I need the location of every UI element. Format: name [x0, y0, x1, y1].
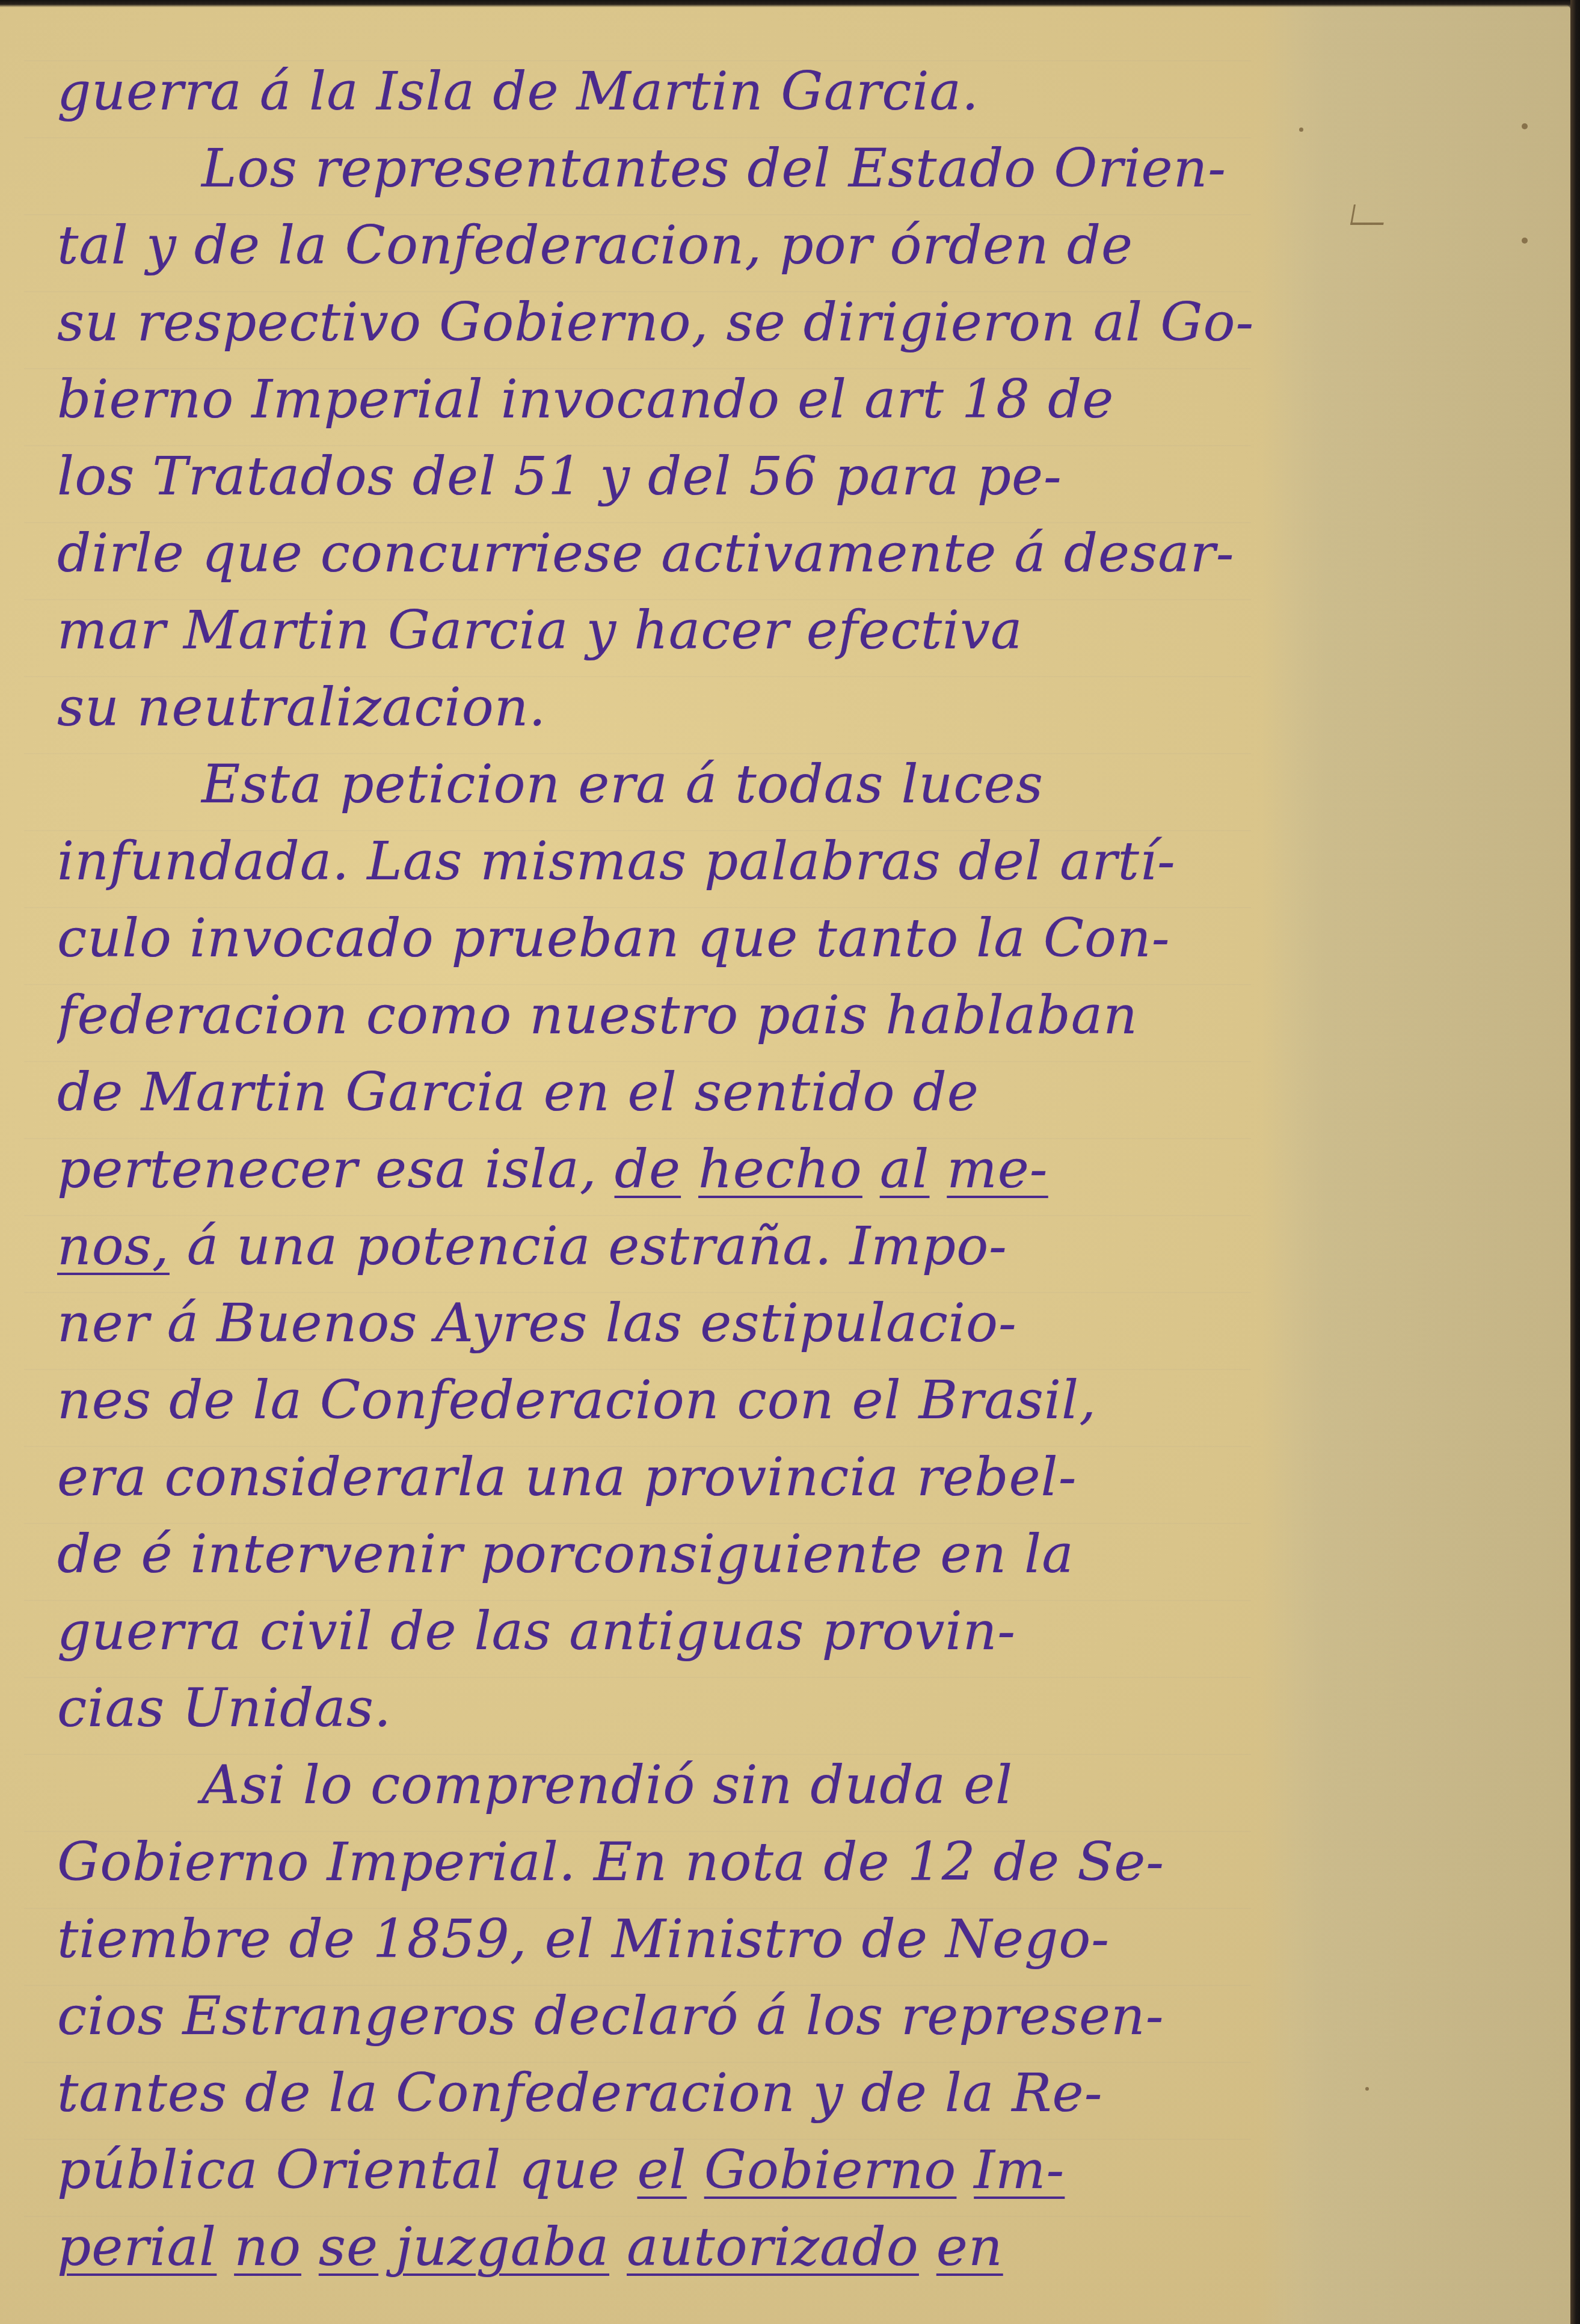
- word: de: [615, 1138, 681, 1200]
- right-margin: [1263, 4, 1571, 2324]
- text-line: tal y de la Confederacion, por órden de: [57, 207, 1260, 284]
- word: á: [187, 1215, 219, 1277]
- word: juzgaba: [396, 2216, 609, 2278]
- word: se: [319, 2216, 378, 2278]
- text-line: Los representantes del Estado Orien-: [57, 130, 1260, 207]
- text-line: nes de la Confederacion con el Brasil,: [57, 1362, 1260, 1439]
- text-line: federacion como nuestro pais hablaban: [57, 977, 1260, 1054]
- text-line: dirle que concurriese activamente á desa…: [57, 515, 1260, 592]
- text-line: los Tratados del 51 y del 56 para pe-: [57, 438, 1260, 515]
- word: Impo-: [850, 1215, 1007, 1277]
- text-line: ner á Buenos Ayres las estipulacio-: [57, 1285, 1260, 1362]
- word: Oriental: [275, 2139, 501, 2201]
- paper-spot: [1365, 2087, 1369, 2091]
- text-line: mar Martin Garcia y hacer efectiva: [57, 592, 1260, 669]
- top-dark-edge: [0, 0, 1580, 7]
- text-line: cias Unidas.: [57, 1670, 1260, 1747]
- text-line: era considerarla una provincia rebel-: [57, 1439, 1260, 1516]
- word: me-: [947, 1138, 1048, 1200]
- text-line-underlined: pertenecer esa isla, de hecho al me-: [57, 1131, 1260, 1208]
- text-line-underlined: perial no se juzgaba autorizado en: [57, 2209, 1260, 2286]
- text-line-underlined: nos, á una potencia estraña. Impo-: [57, 1208, 1260, 1285]
- text-line: de é intervenir porconsiguiente en la: [57, 1516, 1260, 1593]
- word: potencia: [355, 1215, 591, 1277]
- word: al: [880, 1138, 930, 1200]
- text-line-underlined: pública Oriental que el Gobierno Im-: [57, 2132, 1260, 2209]
- text-line: Esta peticion era á todas luces: [57, 746, 1260, 823]
- word: una: [236, 1215, 338, 1277]
- word: nos,: [57, 1215, 170, 1277]
- paper-spot: [1522, 238, 1528, 244]
- right-dark-edge: [1570, 0, 1580, 2324]
- text-line: bierno Imperial invocando el art 18 de: [57, 361, 1260, 438]
- word: Im-: [974, 2139, 1065, 2201]
- text-line: guerra civil de las antiguas provin-: [57, 1593, 1260, 1670]
- text-line: de Martin Garcia en el sentido de: [57, 1054, 1260, 1131]
- word: no: [234, 2216, 301, 2278]
- text-line: tantes de la Confederacion y de la Re-: [57, 2055, 1260, 2132]
- word: hecho: [698, 1138, 862, 1200]
- paper-spot: [1522, 123, 1528, 129]
- word: el: [638, 2139, 687, 2201]
- word: esa: [375, 1138, 467, 1200]
- word: perial: [57, 2216, 217, 2278]
- word: estraña.: [608, 1215, 832, 1277]
- word: pública: [57, 2139, 258, 2201]
- text-line: cios Estrangeros declaró á los represen-: [57, 1978, 1260, 2055]
- text-line: Asi lo comprendió sin duda el: [57, 1747, 1260, 1824]
- text-line: tiembre de 1859, el Ministro de Nego-: [57, 1901, 1260, 1978]
- text-line: infundada. Las mismas palabras del artí-: [57, 823, 1260, 900]
- word: autorizado: [627, 2216, 919, 2278]
- text-line: su respectivo Gobierno, se dirigieron al…: [57, 284, 1260, 361]
- word: pertenecer: [57, 1138, 358, 1200]
- text-line: Gobierno Imperial. En nota de 12 de Se-: [57, 1824, 1260, 1901]
- text-line: su neutralizacion.: [57, 669, 1260, 746]
- paper-spot: [1299, 128, 1303, 132]
- handwritten-text: guerra á la Isla de Martin Garcia. Los r…: [57, 53, 1260, 2286]
- paper-blemish: [1350, 204, 1387, 225]
- word: isla,: [485, 1138, 597, 1200]
- word: Gobierno: [704, 2139, 957, 2201]
- word: en: [936, 2216, 1003, 2278]
- text-line: culo invocado prueban que tanto la Con-: [57, 900, 1260, 977]
- word: que: [518, 2139, 619, 2201]
- text-line: guerra á la Isla de Martin Garcia.: [57, 53, 1260, 130]
